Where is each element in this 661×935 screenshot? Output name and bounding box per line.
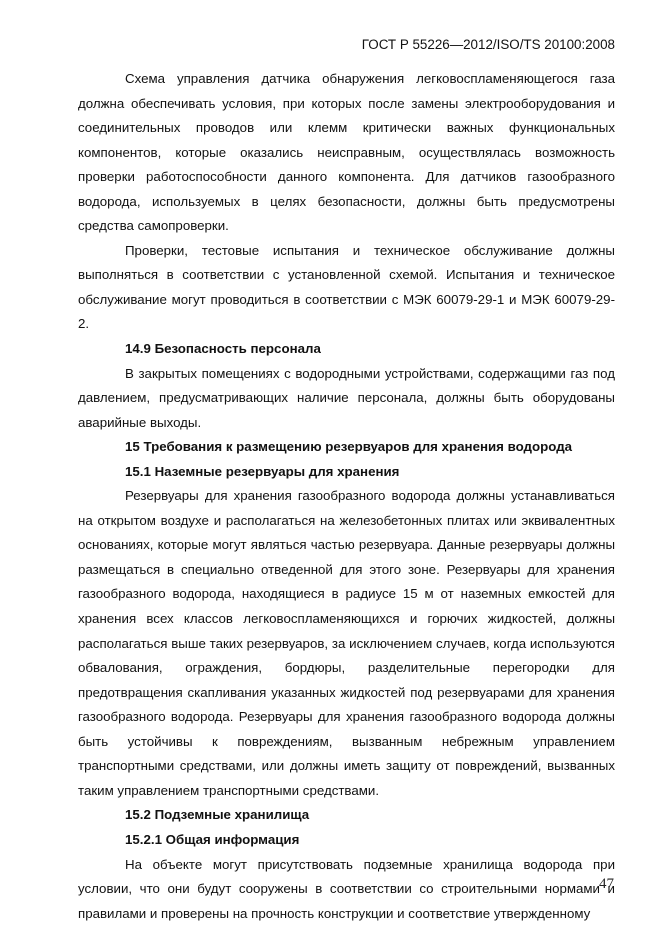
paragraph-aboveground-storage: Резервуары для хранения газообразного во… [78,484,615,803]
paragraph-personnel-safety: В закрытых помещениях с водородными устр… [78,362,615,436]
heading-15-1: 15.1 Наземные резервуары для хранения [78,460,615,485]
paragraph-sensor-control: Схема управления датчика обнаружения лег… [78,67,615,239]
paragraph-underground-general: На объекте могут присутствовать подземны… [78,853,615,927]
document-header-standard-id: ГОСТ Р 55226—2012/ISO/TS 20100:2008 [362,37,615,52]
document-body: Схема управления датчика обнаружения лег… [78,67,615,926]
heading-15: 15 Требования к размещению резервуаров д… [78,435,615,460]
page-number: 47 [599,876,614,893]
heading-15-2-1: 15.2.1 Общая информация [78,828,615,853]
heading-14-9: 14.9 Безопасность персонала [78,337,615,362]
heading-15-2: 15.2 Подземные хранилища [78,803,615,828]
paragraph-testing-maintenance: Проверки, тестовые испытания и техническ… [78,239,615,337]
document-page: ГОСТ Р 55226—2012/ISO/TS 20100:2008 Схем… [0,0,661,935]
